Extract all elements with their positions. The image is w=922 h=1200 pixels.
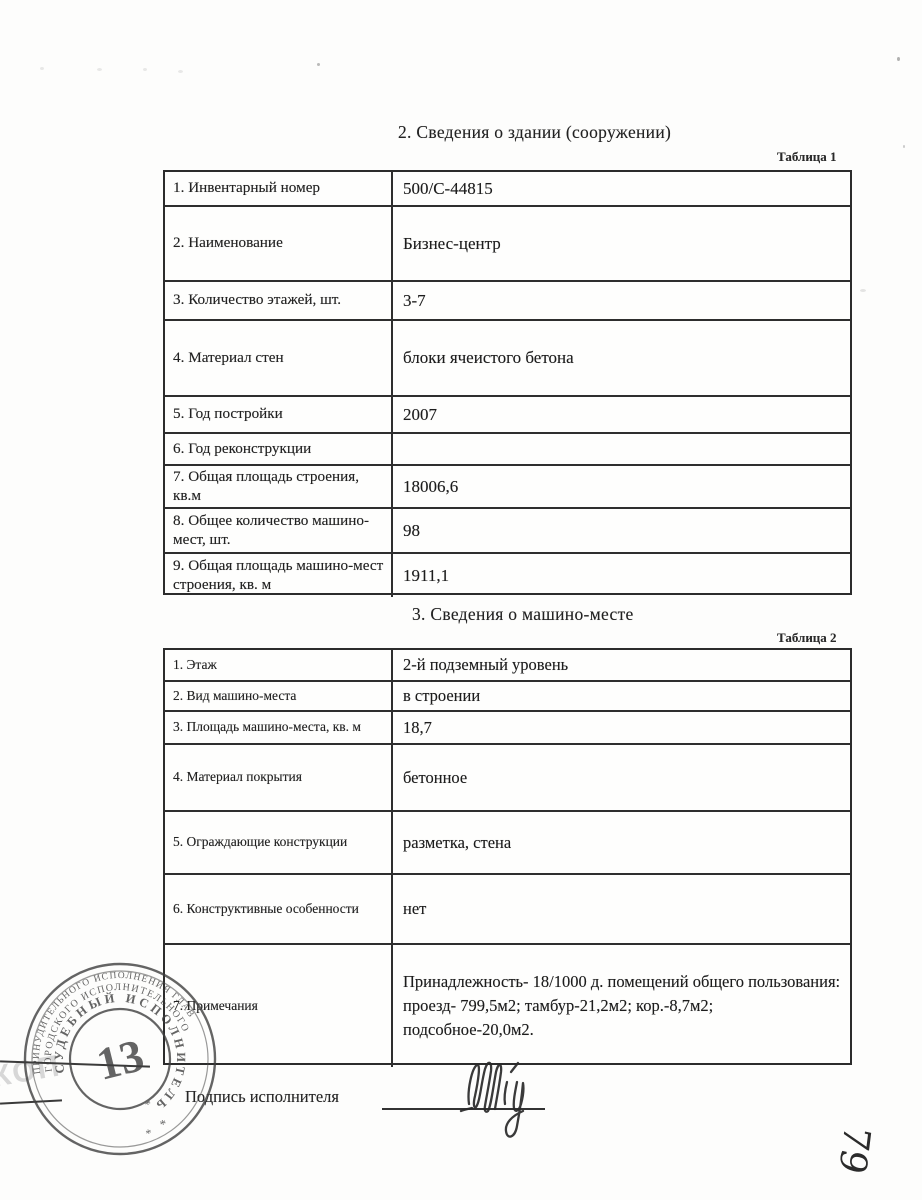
building-info-table: 1. Инвентарный номер 500/С-44815 2. Наим… [163,170,852,595]
table-row: 2. Вид машино-места в строении [165,680,850,710]
row-value: 500/С-44815 [393,172,850,205]
row-label: 7. Общая площадь строения, кв.м [165,466,393,507]
table1-caption: Таблица 1 [777,149,837,165]
row-label: 6. Год реконструкции [165,434,393,464]
parking-space-info-table: 1. Этаж 2-й подземный уровень 2. Вид маш… [163,648,852,1065]
row-label: 8. Общее количество машино-мест, шт. [165,509,393,552]
row-label: 5. Год постройки [165,397,393,432]
stamp-asterisk: * [158,1116,168,1132]
scan-speck [40,67,44,70]
row-value: 2007 [393,397,850,432]
row-label: 1. Инвентарный номер [165,172,393,205]
table-row: 5. Год постройки 2007 [165,395,850,432]
stamp-number: 13 [92,1029,149,1090]
table-row: 6. Конструктивные особенности нет [165,873,850,943]
section3-title: 3. Сведения о машино-месте [412,604,634,625]
row-value [393,434,850,464]
row-value: 98 [393,509,850,552]
row-label: 2. Вид машино-места [165,682,393,710]
row-value: 1911,1 [393,554,850,597]
table-row: 4. Материал стен блоки ячеистого бетона [165,319,850,395]
scan-speck [860,289,866,292]
scan-speck [897,57,900,61]
section2-title: 2. Сведения о здании (сооружении) [398,122,671,143]
scan-speck [143,68,147,71]
row-label: 3. Количество этажей, шт. [165,282,393,319]
scan-speck [903,145,905,148]
round-stamp: ПРИНУДИТЕЛЬНОГО ИСПОЛНЕНИЯ ГЛАВ ГОРОДСКО… [5,944,235,1174]
table-row: 3. Количество этажей, шт. 3-7 [165,280,850,319]
row-value: Бизнес-центр [393,207,850,280]
page-number: 79 [820,1115,890,1185]
executor-signature [455,1052,555,1147]
row-label: 4. Материал покрытия [165,745,393,810]
table-row: 2. Наименование Бизнес-центр [165,205,850,280]
row-value: нет [393,875,850,943]
row-value: 18,7 [393,712,850,743]
scan-speck [317,63,320,66]
table-row: 8. Общее количество машино-мест, шт. 98 [165,507,850,552]
row-label: 5. Ограждающие конструкции [165,812,393,873]
stamp-asterisk: * [144,1126,153,1141]
row-value: разметка, стена [393,812,850,873]
row-value: 2-й подземный уровень [393,650,850,680]
row-value: 18006,6 [393,466,850,507]
table-row: 7. Общая площадь строения, кв.м 18006,6 [165,464,850,507]
table2-caption: Таблица 2 [777,630,837,646]
scanned-page: 2. Сведения о здании (сооружении) Таблиц… [0,0,922,1200]
table-row: 4. Материал покрытия бетонное [165,743,850,810]
row-value: бетонное [393,745,850,810]
row-label: 6. Конструктивные особенности [165,875,393,943]
row-label: 9. Общая площадь машино-мест строения, к… [165,554,393,597]
row-label: 2. Наименование [165,207,393,280]
row-label: 3. Площадь машино-места, кв. м [165,712,393,743]
row-label: 4. Материал стен [165,321,393,395]
scan-speck [97,68,102,71]
row-value: 3-7 [393,282,850,319]
scan-speck [178,70,183,73]
table-row: 6. Год реконструкции [165,432,850,464]
table-row: 1. Этаж 2-й подземный уровень [165,650,850,680]
row-label: 1. Этаж [165,650,393,680]
table-row: 1. Инвентарный номер 500/С-44815 [165,172,850,205]
table-row: 7. Примечания Принадлежность- 18/1000 д.… [165,943,850,1067]
row-value: блоки ячеистого бетона [393,321,850,395]
table-row: 5. Ограждающие конструкции разметка, сте… [165,810,850,873]
table-row: 9. Общая площадь машино-мест строения, к… [165,552,850,597]
row-value: в строении [393,682,850,710]
table-row: 3. Площадь машино-места, кв. м 18,7 [165,710,850,743]
row-value: Принадлежность- 18/1000 д. помещений общ… [393,945,850,1067]
